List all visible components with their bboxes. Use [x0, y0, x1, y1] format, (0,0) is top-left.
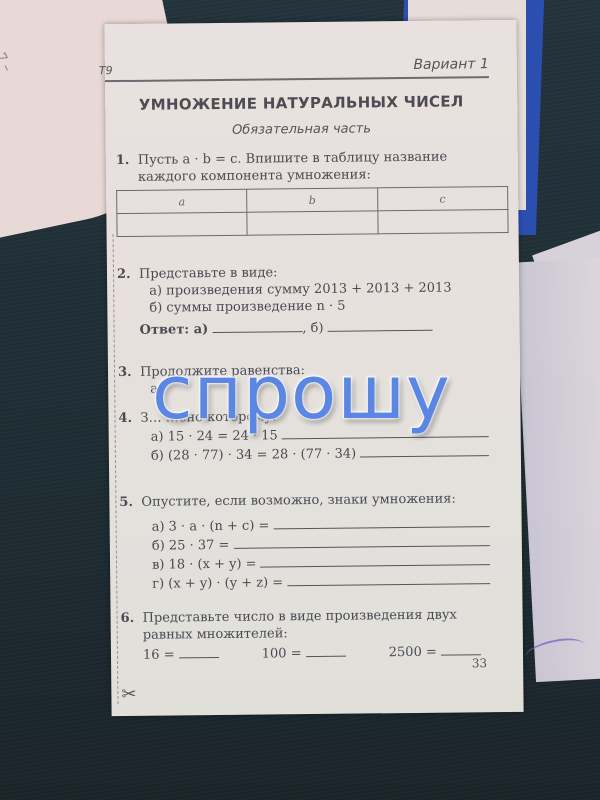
task-2-answer-row: Ответ: а) , б): [139, 317, 487, 339]
answer-a-blank[interactable]: [212, 319, 302, 333]
worksheet-header: Т9 Вариант 1: [105, 56, 489, 82]
table-answer-b[interactable]: [247, 211, 378, 235]
answer-blank[interactable]: [287, 583, 490, 586]
task-6-item-16: 16 =: [143, 645, 219, 664]
task-5-item-d: г) (x + y) · (y + z) =: [152, 572, 490, 593]
back-page-fragments: 91 · 7 – 7) 8 · 11 · 8: [0, 24, 15, 91]
worksheet-title: УМНОЖЕНИЕ НАТУРАЛЬНЫХ ЧИСЕЛ: [105, 92, 497, 114]
answer-label: Ответ: а): [140, 322, 209, 338]
answer-blank[interactable]: [261, 564, 491, 567]
answer-blank[interactable]: [233, 545, 489, 549]
answer-blank[interactable]: [282, 436, 489, 439]
task-4-item-b: б) (28 · 77) · 34 = 28 · (77 · 34): [151, 444, 489, 465]
answer-blank[interactable]: [273, 526, 489, 529]
overlay-caption: спрошу: [152, 350, 451, 436]
task-5-text: Опустите, если возможно, знаки умножения…: [141, 490, 489, 511]
table-answer-a[interactable]: [117, 212, 248, 236]
table-answer-c[interactable]: [378, 209, 509, 233]
task-6-items: 16 = 100 = 2500 =: [143, 642, 491, 664]
task-6-item-100: 100 =: [262, 644, 346, 663]
worksheet-subtitle: Обязательная часть: [105, 120, 497, 139]
task-2-item-a: а) произведения сумму 2013 + 2013 + 2013: [149, 279, 487, 300]
variant-label: Вариант 1: [413, 56, 489, 73]
answer-blank[interactable]: [360, 455, 489, 457]
components-table: a b c: [116, 186, 508, 237]
task-1-text: Пусть a · b = c. Впишите в таблицу назва…: [138, 148, 486, 186]
task-6-text: Представьте число в виде произведения дв…: [143, 606, 491, 644]
task-5-item-b: б) 25 · 37 =: [152, 534, 490, 555]
task-2: 2. Представьте в виде: а) произведения с…: [117, 262, 488, 339]
task-5-item-c: в) 18 · (x + y) =: [152, 553, 490, 574]
task-1: 1. Пусть a · b = c. Впишите в таблицу на…: [116, 148, 487, 237]
table-header-c: c: [377, 186, 508, 210]
task-6-item-2500: 2500 =: [389, 642, 481, 661]
task-6: 6. Представьте число в виде произведения…: [121, 606, 492, 664]
answer-blank[interactable]: [441, 642, 481, 655]
answer-b-blank[interactable]: [328, 318, 433, 332]
task-5: 5. Опустите, если возможно, знаки умноже…: [119, 490, 490, 593]
page-number: 33: [472, 656, 487, 670]
task-5-item-a: а) 3 · a · (n + c) =: [152, 515, 490, 536]
answer-blank[interactable]: [179, 645, 219, 658]
scissors-icon: ✂: [121, 684, 136, 705]
table-header-b: b: [247, 188, 378, 212]
task-2-item-b: б) суммы произведение n · 5: [149, 296, 487, 317]
table-header-a: a: [117, 189, 248, 213]
answer-blank[interactable]: [306, 644, 346, 657]
section-tag: Т9: [99, 64, 113, 77]
